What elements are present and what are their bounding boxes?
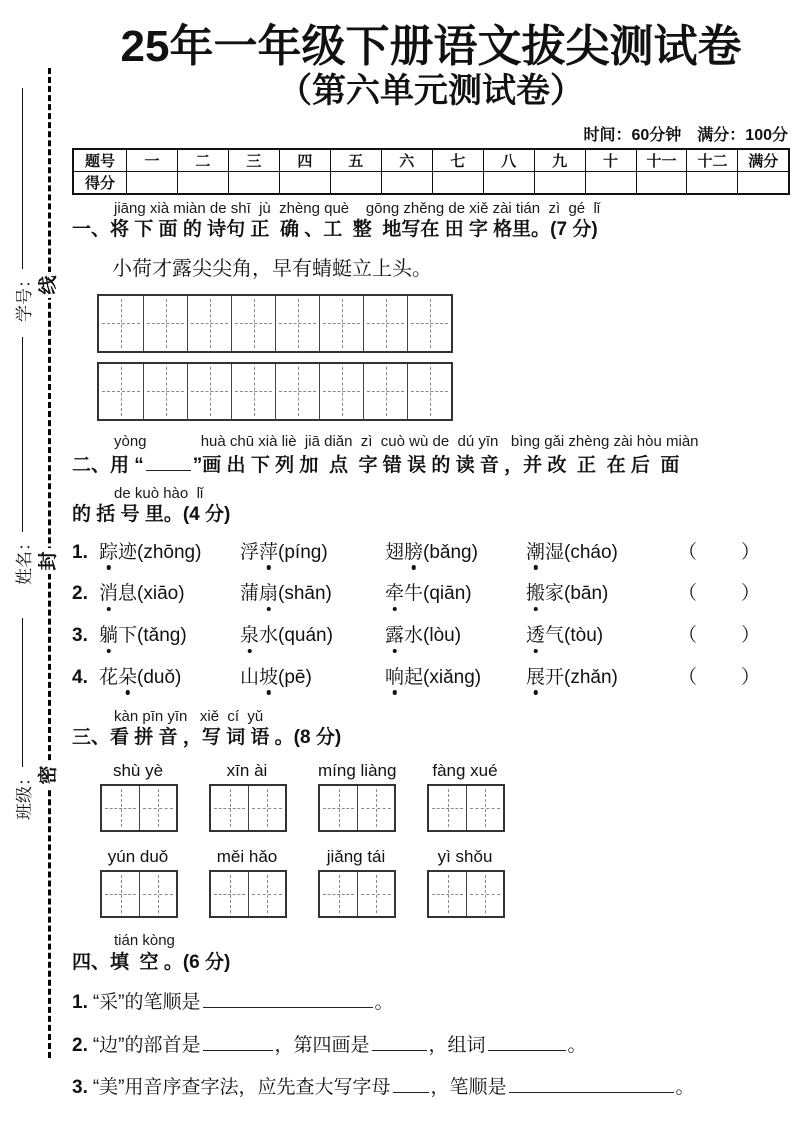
q3-grid-row-2: yún duǒ měi hǎo jiǎng tái yì shǒu [100,847,790,918]
class-blank [22,618,23,767]
seal-char-feng: 封 [36,548,62,574]
seal-char-mi: 密 [36,762,62,788]
score-header-cell: 九 [534,149,585,172]
q2-word-item: 露水(lòu) [385,624,526,649]
dotted-char: 透 [526,625,545,646]
q1-heading: 一、将 下 面 的 诗句 正 确 、工 整 地写在 田 字 格里。(7 分) [72,218,790,243]
question-3: kàn pīn yīn xiě cí yǔ 三、看 拼 音 ，写 词 语 。(8… [72,708,790,919]
q3-writing-grid [318,870,396,918]
q2-row-1: 1. 踪迹(zhōng) 浮萍(píng) 翅膀(bǎng) 潮湿(cháo) … [72,541,790,566]
name-blank [22,337,23,532]
q4-item-number: 2. [72,1035,88,1056]
score-cell-empty [177,171,228,194]
q2-heading-1: 二、用 “”画 出 下 列 加 点 字 错 误 的 读 音 ，并 改 正 在 后… [72,451,790,479]
score-header-cell: 三 [228,149,279,172]
question-1: jiāng xià miàn de shī jù zhèng què gōng … [72,200,790,421]
class-label: 班级： [10,769,35,820]
q3-writing-grid [427,870,505,918]
tianzige-cell [99,296,143,351]
dotted-char: 躺 [99,625,118,646]
q2-pinyin-1: yòng huà chū xià liè jiā diǎn zì cuò wù … [114,433,790,450]
q3-word-pinyin: yún duǒ [100,847,176,867]
score-header-cell: 二 [177,149,228,172]
score-cell-empty [534,171,585,194]
tianzige-cell [275,364,319,419]
q3-word-pinyin: měi hǎo [209,847,285,867]
q2-word-item: 响起(xiǎng) [385,666,526,691]
score-cell-empty [636,171,687,194]
score-cell-empty [432,171,483,194]
q3-word-pinyin: fàng xué [427,761,503,781]
tianzige-cell [466,872,503,916]
q1-verse: 小荷才露尖尖角，早有蜻蜓立上头。 [112,252,790,281]
q3-word-pinyin: míng liàng [318,761,394,781]
dotted-char: 萍 [259,542,278,563]
q4-item-1: 1.“采”的笔顺是。 [72,988,790,1017]
score-header-cell: 十一 [636,149,687,172]
tianzige-cell [320,872,357,916]
dotted-char: 露 [385,625,404,646]
score-cell-empty [585,171,636,194]
q3-word-group: xīn ài [209,761,285,832]
q4-item-number: 3. [72,1077,88,1098]
tianzige-cell [99,364,143,419]
q2-pinyin-2: de kuò hào lǐ [114,485,790,502]
tianzige-cell [429,872,466,916]
q2-row-4: 4. 花朵(duǒ) 山坡(pē) 响起(xiǎng) 展开(zhǎn) （ ） [72,666,790,691]
fill-blank [372,1031,427,1051]
dotted-char: 扇 [259,583,278,604]
name-label: 姓名： [10,534,35,585]
q2-word-item: 山坡(pē) [240,666,385,691]
tianzige-cell [429,786,466,830]
q3-writing-grid [209,870,287,918]
score-cell-empty [279,171,330,194]
score-cell-empty [381,171,432,194]
question-4: tián kòng 四、填 空 。(6 分) 1.“采”的笔顺是。 2.“边”的… [72,932,790,1102]
q3-pinyin: kàn pīn yīn xiě cí yǔ [114,708,790,725]
q3-word-pinyin: jiǎng tái [318,847,394,867]
tianzige-cell [211,872,248,916]
tianzige-cell [407,296,451,351]
score-header-cell: 八 [483,149,534,172]
q4-pinyin: tián kòng [114,932,790,949]
exam-paper-page: 学号： 姓名： 班级： 线 封 密 25年一年级下册语文拔尖测试卷 （第六单元测… [0,0,793,1121]
dotted-char: 响 [385,667,404,688]
score-cell-empty [127,171,178,194]
q3-word-group: yì shǒu [427,847,503,918]
answer-parentheses: （ ） [678,541,762,566]
q1-pinyin: jiāng xià miàn de shī jù zhèng què gōng … [114,200,790,217]
q2-word-item: 翅膀(bǎng) [385,541,526,566]
tianzige-cell [139,872,176,916]
tianzige-cell [407,364,451,419]
tianzige-cell [248,872,285,916]
score-cell-empty [483,171,534,194]
tianzige-cell [231,296,275,351]
q3-word-pinyin: shù yè [100,761,176,781]
q3-heading: 三、看 拼 音 ，写 词 语 。(8 分) [72,726,790,751]
q1-writing-grid-row-2 [97,362,453,421]
dotted-char: 踪 [99,542,118,563]
q2-word-item: 踪迹(zhōng) [99,541,240,566]
fill-blank [393,1073,429,1093]
tianzige-cell [102,786,139,830]
q3-word-group: jiǎng tái [318,847,394,918]
q2-word-item: 搬家(bān) [526,582,678,607]
score-cell-empty [738,171,789,194]
q3-writing-grid [427,784,505,832]
q2-heading-post: ”画 出 下 列 加 点 字 错 误 的 读 音 ，并 改 正 在 后 面 [193,455,680,476]
q2-word-item: 消息(xiāo) [99,582,240,607]
student-id-label: 学号： [10,271,35,322]
q2-heading-2: 的 括 号 里。(4 分) [72,503,790,528]
q2-word-item: 花朵(duǒ) [99,666,240,691]
page-subtitle: （第六单元测试卷） [72,73,790,110]
score-header-cell: 题号 [73,149,127,172]
dotted-char: 坡 [259,667,278,688]
tianzige-cell [319,296,363,351]
tianzige-cell [357,872,394,916]
dotted-char: 消 [99,583,118,604]
dotted-char: 牵 [385,583,404,604]
q2-word-item: 泉水(quán) [240,624,385,649]
score-cell-empty [330,171,381,194]
q2-row-number: 3. [72,624,99,649]
q4-item-2: 2.“边”的部首是，第四画是，组词。 [72,1031,790,1060]
tianzige-cell [187,364,231,419]
question-2: yòng huà chū xià liè jiā diǎn zì cuò wù … [72,433,790,691]
q1-writing-grid-row-1 [97,294,453,353]
tianzige-cell [102,872,139,916]
q4-item-3: 3.“美”用音序查字法，应先查大写字母，笔顺是。 [72,1073,790,1102]
score-cell-empty [687,171,738,194]
q3-grid-row-1: shù yè xīn ài míng liàng fàng xué [100,761,790,832]
q3-word-pinyin: yì shǒu [427,847,503,867]
q2-heading-pre: 二、用 “ [72,455,144,476]
q3-writing-grid [100,784,178,832]
q2-word-item: 浮萍(píng) [240,541,385,566]
score-header-cell: 五 [330,149,381,172]
q2-word-item: 展开(zhǎn) [526,666,678,691]
dotted-char: 膀 [404,542,423,563]
q3-word-group: yún duǒ [100,847,176,918]
score-header-cell: 一 [127,149,178,172]
fill-blank [488,1031,566,1051]
dotted-char: 搬 [526,583,545,604]
tianzige-cell [320,786,357,830]
fill-blank [509,1073,674,1093]
tianzige-cell [143,364,187,419]
answer-parentheses: （ ） [678,624,762,649]
tianzige-cell [357,786,394,830]
q3-writing-grid [100,870,178,918]
q3-word-pinyin: xīn ài [209,761,285,781]
q2-word-item: 躺下(tǎng) [99,624,240,649]
dotted-char: 泉 [240,625,259,646]
q2-row-number: 2. [72,582,99,607]
tianzige-cell [363,364,407,419]
tianzige-cell [139,786,176,830]
q3-word-group: míng liàng [318,761,394,832]
q2-row-3: 3. 躺下(tǎng) 泉水(quán) 露水(lòu) 透气(tòu) （ ） [72,624,790,649]
score-table-header-row: 题号 一 二 三 四 五 六 七 八 九 十 十一 十二 满分 [73,149,789,172]
q2-row-2: 2. 消息(xiāo) 蒲扇(shān) 牵牛(qiān) 搬家(bān) （ … [72,582,790,607]
score-row-label: 得分 [73,171,127,194]
q3-word-group: měi hǎo [209,847,285,918]
q3-word-group: shù yè [100,761,176,832]
tianzige-cell [275,296,319,351]
tianzige-cell [187,296,231,351]
score-header-cell: 十二 [687,149,738,172]
q2-row-number: 4. [72,666,99,691]
q3-word-group: fàng xué [427,761,503,832]
q2-word-item: 牵牛(qiān) [385,582,526,607]
q3-writing-grid [318,784,396,832]
student-id-blank [22,88,23,269]
score-header-cell: 满分 [738,149,789,172]
q4-item-number: 1. [72,992,88,1013]
score-header-cell: 七 [432,149,483,172]
exam-content: 25年一年级下册语文拔尖测试卷 （第六单元测试卷） 时间：60分钟 满分：100… [72,0,790,1103]
tianzige-cell [248,786,285,830]
tianzige-cell [211,786,248,830]
tianzige-cell [319,364,363,419]
answer-parentheses: （ ） [678,582,762,607]
q2-row-number: 1. [72,541,99,566]
tianzige-cell [143,296,187,351]
score-header-cell: 十 [585,149,636,172]
q2-quoted-blank [146,451,191,471]
fill-blank [203,1031,273,1051]
score-table-score-row: 得分 [73,171,789,194]
tianzige-cell [363,296,407,351]
tianzige-cell [231,364,275,419]
dotted-char: 朵 [118,667,137,688]
q4-heading: 四、填 空 。(6 分) [72,951,790,976]
q2-word-item: 透气(tòu) [526,624,678,649]
score-cell-empty [228,171,279,194]
score-table: 题号 一 二 三 四 五 六 七 八 九 十 十一 十二 满分 得分 [72,148,790,195]
q2-word-item: 潮湿(cháo) [526,541,678,566]
tianzige-cell [466,786,503,830]
q2-word-rows: 1. 踪迹(zhōng) 浮萍(píng) 翅膀(bǎng) 潮湿(cháo) … [72,541,790,691]
exam-meta: 时间：60分钟 满分：100分 [72,122,788,145]
dotted-char: 潮 [526,542,545,563]
score-header-cell: 六 [381,149,432,172]
answer-parentheses: （ ） [678,666,762,691]
fill-blank [203,988,373,1008]
q3-writing-grid [209,784,287,832]
seal-char-line: 线 [36,272,62,298]
page-title: 25年一年级下册语文拔尖测试卷 [72,22,790,73]
dotted-char: 展 [526,667,545,688]
score-header-cell: 四 [279,149,330,172]
class-field: 班级： [2,618,42,820]
q2-word-item: 蒲扇(shān) [240,582,385,607]
